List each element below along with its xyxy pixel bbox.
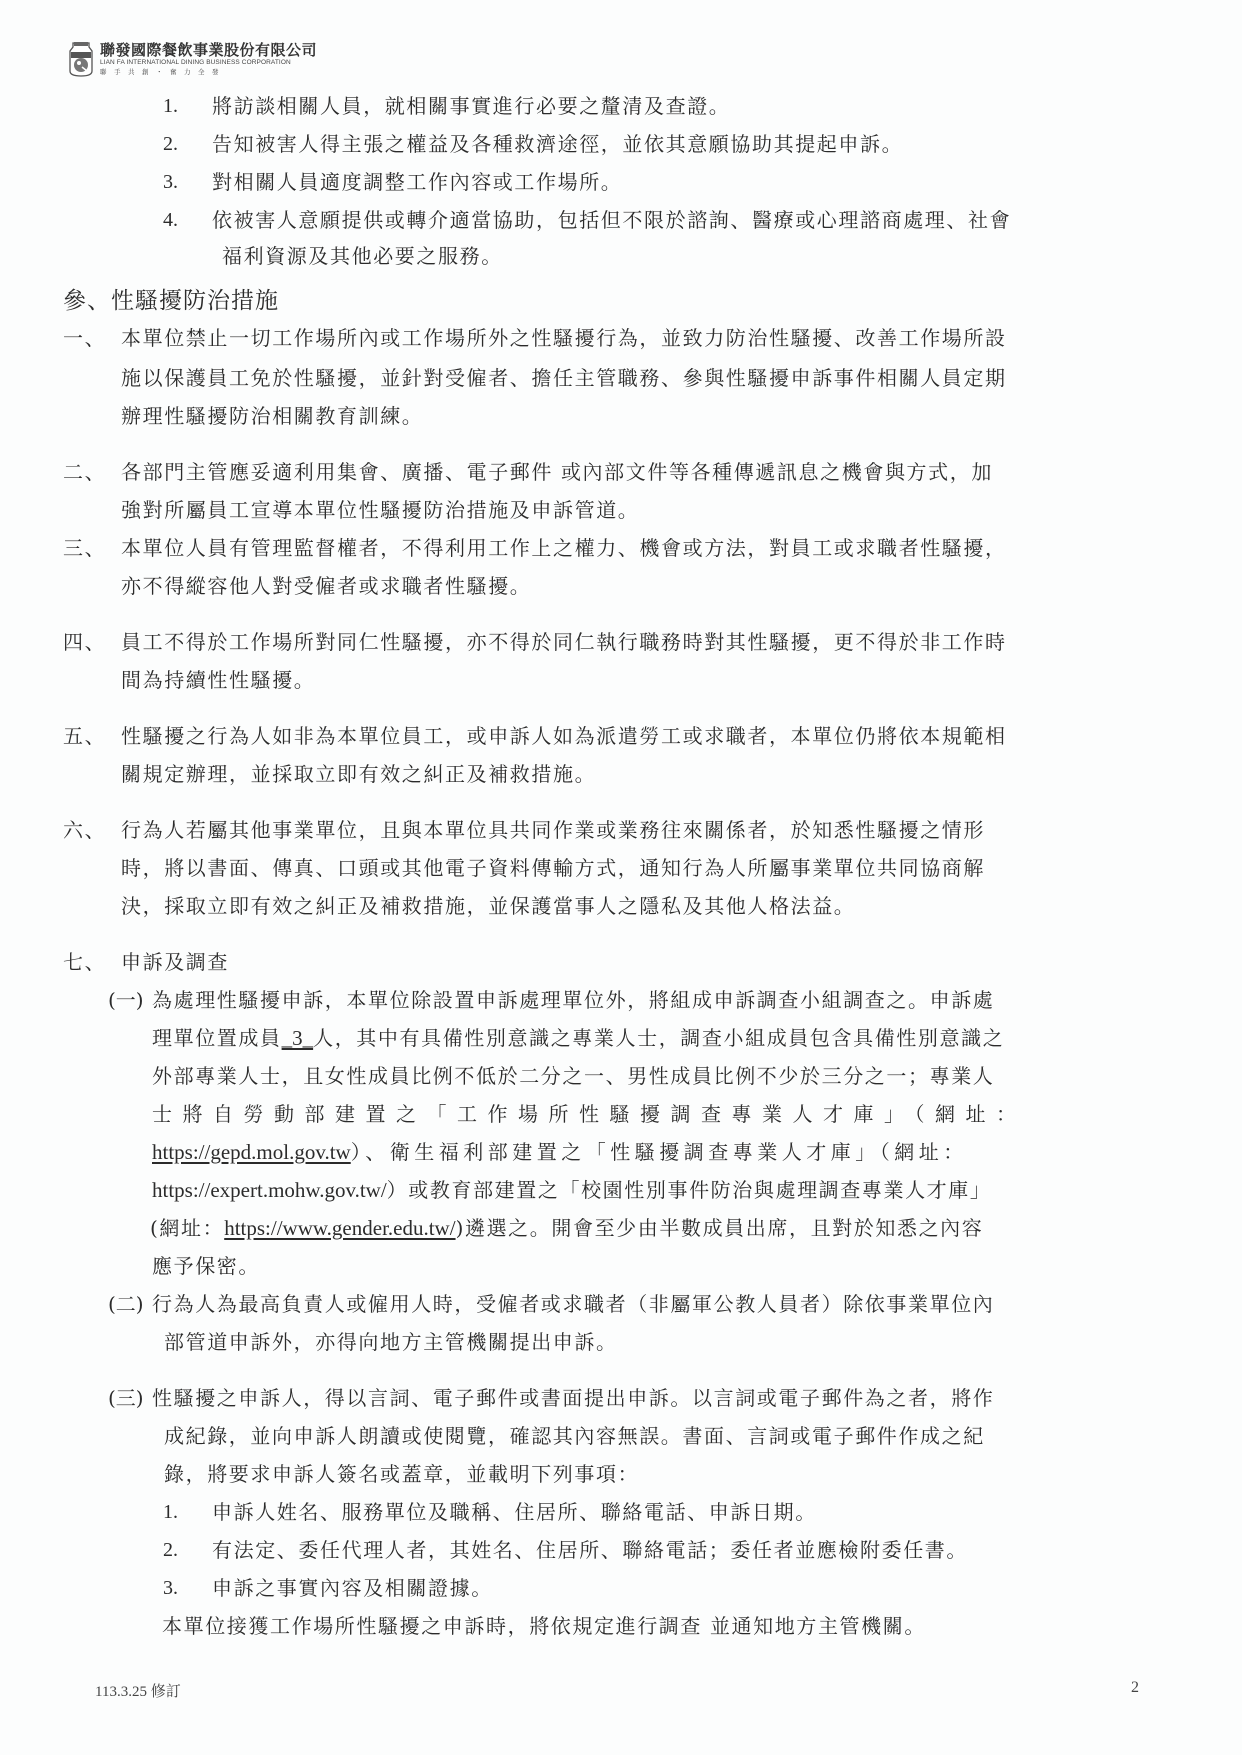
article-number: 一、 xyxy=(63,324,106,352)
list-item-text: 將訪談相關人員，就相關事實進行必要之釐清及查證。 xyxy=(212,92,730,120)
article-number: 五、 xyxy=(63,722,106,750)
subsection-text: https://gepd.mol.gov.tw）、衛生福利部建置之「性騷擾調查專… xyxy=(152,1138,968,1166)
article-text: 強對所屬員工宣導本單位性騷擾防治措施及申訴管道。 xyxy=(121,496,639,524)
article-number: 三、 xyxy=(63,534,106,562)
revision-date: 113.3.25 修訂 xyxy=(95,1680,181,1701)
text-fragment: ）或教育部建置之「校園性別事件防治與處理調查專業人才庫」 xyxy=(387,1178,992,1202)
article-text: 間為持續性性騷擾。 xyxy=(121,666,315,694)
company-name-zh: 聯發國際餐飲事業股份有限公司 xyxy=(100,43,317,58)
article-text: 本單位禁止一切工作場所內或工作場所外之性騷擾行為，並致力防治性騷擾、改善工作場所… xyxy=(121,324,1007,352)
article-text: 各部門主管應妥適利用集會、廣播、電子郵件 或內部文件等各種傳遞訊息之機會與方式，… xyxy=(121,458,993,486)
member-count: _3_ xyxy=(282,1026,314,1050)
subsection-number: (三) xyxy=(108,1384,144,1412)
subsection-text: 應予保密。 xyxy=(152,1252,260,1280)
list-item-number: 1. xyxy=(163,92,178,120)
article-text: 性騷擾之行為人如非為本單位員工，或申訴人如為派遣勞工或求職者，本單位仍將依本規範… xyxy=(121,722,1007,750)
text-fragment: )遴選之。開會至少由半數成員出席，且對於知悉之內容 xyxy=(456,1216,984,1240)
article-text: 本單位人員有管理監督權者，不得利用工作上之權力、機會或方法，對員工或求職者性騷擾… xyxy=(121,534,1007,562)
document-page: 聯發國際餐飲事業股份有限公司 LIAN FA INTERNATIONAL DIN… xyxy=(0,0,1242,1755)
link-gepd[interactable]: https://gepd.mol.gov.tw xyxy=(152,1140,351,1164)
list-item-text: 申訴之事實內容及相關證據。 xyxy=(212,1574,493,1602)
subsection-text: 外部專業人士，且女性成員比例不低於二分之一、男性成員比例不少於三分之一；專業人 xyxy=(152,1062,994,1090)
company-name-en: LIAN FA INTERNATIONAL DINING BUSINESS CO… xyxy=(100,60,317,67)
article-text: 辦理性騷擾防治相關教育訓練。 xyxy=(121,402,423,430)
list-item-text-continued: 福利資源及其他必要之服務。 xyxy=(222,242,503,270)
text-fragment: ）、衛生福利部建置之「性騷擾調查專業人才庫」（網址： xyxy=(351,1140,968,1164)
list-item-number: 4. xyxy=(163,206,178,234)
subsection-text: 士將自勞動部建置之「工作場所性騷擾調查專業人才庫」（網址： xyxy=(152,1100,1027,1128)
article-text: 員工不得於工作場所對同仁性騷擾，亦不得於同仁執行職務時對其性騷擾，更不得於非工作… xyxy=(121,628,1007,656)
text-fragment: 理單位置成員 xyxy=(152,1026,282,1050)
list-item-number: 2. xyxy=(163,1536,178,1564)
article-text: 行為人若屬其他事業單位，且與本單位具共同作業或業務往來關係者，於知悉性騷擾之情形 xyxy=(121,816,985,844)
section-heading: 參、性騷擾防治措施 xyxy=(63,286,279,316)
subsection-number: (二) xyxy=(108,1290,144,1318)
subsection-text: 理單位置成員_3_人，其中有具備性別意識之專業人士，調查小組成員包含具備性別意識… xyxy=(152,1024,1004,1052)
list-item-text: 申訴人姓名、服務單位及職稱、住居所、聯絡電話、申訴日期。 xyxy=(212,1498,817,1526)
list-item-text: 依被害人意願提供或轉介適當協助，包括但不限於諮詢、醫療或心理諮商處理、社會 xyxy=(212,206,1011,234)
list-item-text: 對相關人員適度調整工作內容或工作場所。 xyxy=(212,168,622,196)
text-fragment: 人，其中有具備性別意識之專業人士，調查小組成員包含具備性別意識之 xyxy=(313,1026,1004,1050)
article-title: 申訴及調查 xyxy=(121,948,229,976)
article-number: 七、 xyxy=(63,948,106,976)
article-text: 亦不得縱容他人對受僱者或求職者性騷擾。 xyxy=(121,572,531,600)
article-number: 二、 xyxy=(63,458,106,486)
article-text: 關規定辦理，並採取立即有效之糾正及補救措施。 xyxy=(121,760,596,788)
list-item-text: 有法定、委任代理人者，其姓名、住居所、聯絡電話；委任者並應檢附委任書。 xyxy=(212,1536,968,1564)
subsection-text: 成紀錄，並向申訴人朗讀或使閱覽，確認其內容無誤。書面、言詞或電子郵件作成之紀 xyxy=(164,1422,985,1450)
list-item-number: 2. xyxy=(163,130,178,158)
list-item-number: 1. xyxy=(163,1498,178,1526)
subsection-text: https://expert.mohw.gov.tw/）或教育部建置之「校園性別… xyxy=(152,1176,991,1204)
link-expert-mohw[interactable]: https://expert.mohw.gov.tw/ xyxy=(152,1178,387,1202)
article-text: 決，採取立即有效之糾正及補救措施，並保護當事人之隱私及其他人格法益。 xyxy=(121,892,855,920)
list-item-number: 3. xyxy=(163,168,178,196)
subsection-number: (一) xyxy=(108,986,144,1014)
company-slogan: 聯手共創・奮力全發 xyxy=(100,69,317,76)
list-item-text: 告知被害人得主張之權益及各種救濟途徑，並依其意願協助其提起申訴。 xyxy=(212,130,903,158)
article-text: 時，將以書面、傳真、口頭或其他電子資料傳輸方式，通知行為人所屬事業單位共同協商解 xyxy=(121,854,985,882)
subsection-text: 為處理性騷擾申訴，本單位除設置申訴處理單位外，將組成申訴調查小組調查之。申訴處 xyxy=(152,986,994,1014)
article-number: 四、 xyxy=(63,628,106,656)
company-header: 聯發國際餐飲事業股份有限公司 LIAN FA INTERNATIONAL DIN… xyxy=(66,40,317,78)
article-number: 六、 xyxy=(63,816,106,844)
link-gender-edu[interactable]: https://www.gender.edu.tw/ xyxy=(224,1216,455,1240)
subsection-text: (網址：https://www.gender.edu.tw/)遴選之。開會至少由… xyxy=(150,1214,983,1242)
page-number: 2 xyxy=(1131,1679,1139,1697)
closing-statement: 本單位接獲工作場所性騷擾之申訴時，將依規定進行調查 並通知地方主管機關。 xyxy=(162,1612,926,1640)
list-item-number: 3. xyxy=(163,1574,178,1602)
article-text: 施以保護員工免於性騷擾，並針對受僱者、擔任主管職務、參與性騷擾申訴事件相關人員定… xyxy=(121,364,1007,392)
text-fragment: (網址： xyxy=(150,1216,224,1240)
subsection-text: 性騷擾之申訴人，得以言詞、電子郵件或書面提出申訴。以言詞或電子郵件為之者，將作 xyxy=(152,1384,994,1412)
subsection-text: 行為人為最高負責人或僱用人時，受僱者或求職者（非屬軍公教人員者）除依事業單位內 xyxy=(152,1290,994,1318)
subsection-text: 部管道申訴外，亦得向地方主管機關提出申訴。 xyxy=(164,1328,618,1356)
subsection-text: 錄，將要求申訴人簽名或蓋章，並載明下列事項： xyxy=(164,1460,639,1488)
company-logo-icon xyxy=(66,40,96,78)
